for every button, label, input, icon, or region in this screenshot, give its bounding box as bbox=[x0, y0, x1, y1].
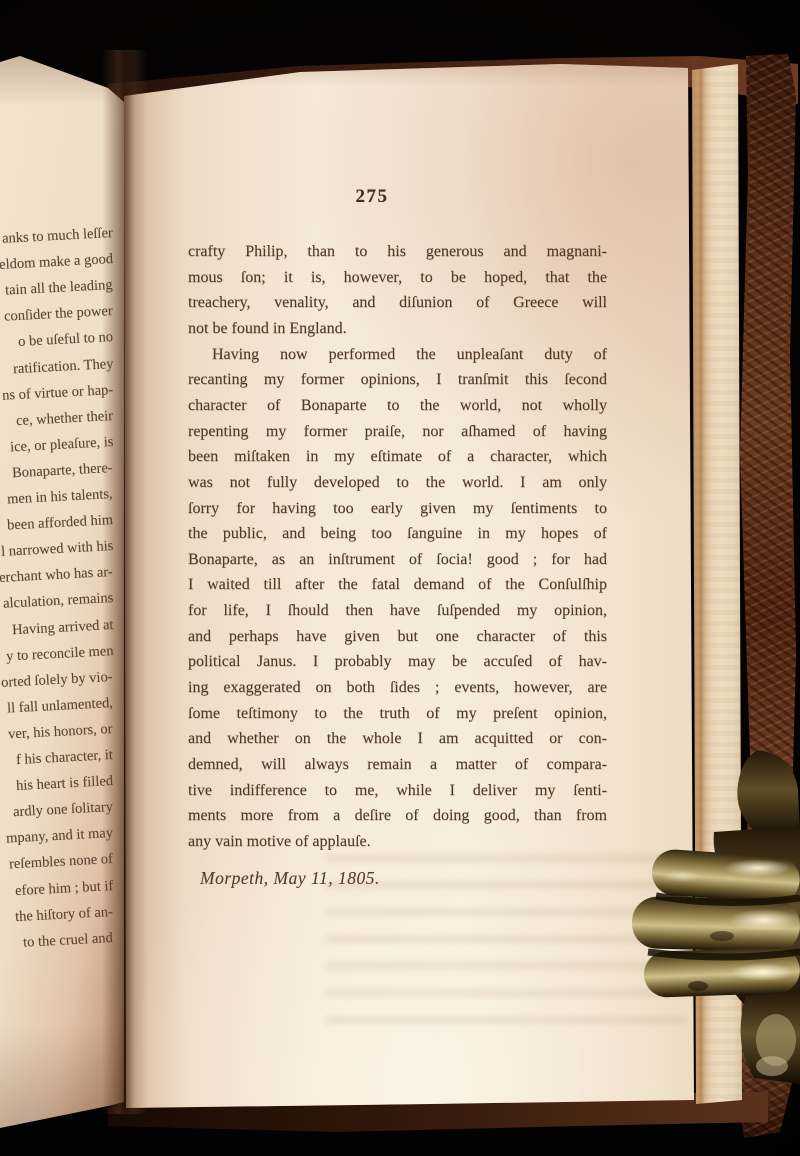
body-text-line: been miſtaken in my eſtimate of a charac… bbox=[188, 445, 607, 469]
body-text-line: mous ſon; it is, however, to be hoped, t… bbox=[188, 266, 607, 290]
left-text-line: ver, his honors, or bbox=[8, 719, 113, 744]
left-text-line: ardly one ſolitary bbox=[13, 797, 114, 822]
body-text-line: the public, and being too ſanguine in my… bbox=[188, 522, 607, 546]
left-text-line: reſembles none of bbox=[9, 849, 114, 874]
left-text-line: efore him ; but if bbox=[14, 876, 113, 901]
left-text-line: l narrowed with his bbox=[0, 536, 113, 562]
book-photo: anks to much leſſerſeldom make a goodtai… bbox=[0, 0, 800, 1156]
left-text-line: men in his talents, bbox=[7, 484, 113, 509]
left-text-line: anks to much leſſer bbox=[2, 223, 114, 249]
right-page: 275 crafty Philip, than to his generous … bbox=[116, 56, 698, 1112]
left-text-line: been afforded him bbox=[7, 510, 114, 536]
left-text-line: tain all the leading bbox=[5, 275, 113, 301]
left-text-line: his heart is filled bbox=[16, 771, 114, 796]
left-text-line: ns of virtue or hap- bbox=[1, 380, 113, 406]
body-text-line: Bonaparte, as an inſtrument of ſocia! go… bbox=[188, 548, 607, 572]
body-text-line: political Janus. I probably may be accuſ… bbox=[188, 650, 607, 674]
brass-clasp bbox=[626, 746, 800, 1086]
body-text-line: tive indifference to me, while I deliver… bbox=[188, 779, 607, 803]
body-text-line: crafty Philip, than to his generous and … bbox=[188, 240, 607, 264]
body-text-line: and whether on the whole I am acquitted … bbox=[188, 727, 607, 751]
body-text-line: ſome teſtimony to the truth of my preſen… bbox=[188, 702, 607, 726]
body-text-line: demned, will always remain a matter of c… bbox=[188, 753, 607, 777]
body-text: crafty Philip, than to his generous and … bbox=[188, 240, 607, 920]
body-text-line: character of Bonaparte to the world, not… bbox=[188, 394, 607, 418]
left-text-line: Bonaparte, there- bbox=[12, 458, 114, 483]
left-text-line: alculation, remains bbox=[2, 588, 113, 614]
body-text-line: recanting my former opinions, I tranſmit… bbox=[188, 368, 607, 392]
left-text-line: f his character, it bbox=[16, 745, 114, 770]
left-text-line: conſider the power bbox=[4, 301, 114, 327]
left-text-line: o be uſeful to no bbox=[18, 327, 114, 352]
left-text-line: to the cruel and bbox=[23, 928, 114, 953]
body-text-line: and perhaps have given but one character… bbox=[188, 625, 607, 649]
page-number: 275 bbox=[312, 186, 432, 208]
left-text-line: ll fall unlamented, bbox=[7, 693, 114, 719]
left-text-line: erchant who has ar- bbox=[0, 562, 114, 588]
body-text-line: ments more from a deſire of doing good, … bbox=[188, 804, 607, 828]
left-text-line: y to reconcile men bbox=[5, 641, 113, 667]
left-text-line: Having arrived at bbox=[11, 615, 113, 640]
body-text-line: for life, I ſhould then have ſuſpended m… bbox=[188, 599, 607, 623]
body-text-line: any vain motive of applauſe. bbox=[188, 830, 607, 854]
left-text-line: orted ſolely by vio- bbox=[1, 667, 113, 693]
left-page: anks to much leſſerſeldom make a goodtai… bbox=[0, 46, 124, 1138]
left-text-line: ice, or pleaſure, is bbox=[9, 432, 113, 457]
left-text-line: ce, whether their bbox=[16, 406, 114, 431]
body-text-line: ing exaggerated on both ſides ; events, … bbox=[188, 676, 607, 700]
left-text-line: the hiſtory of an- bbox=[15, 902, 114, 927]
body-text-line: Having now performed the unpleaſant duty… bbox=[188, 343, 607, 367]
body-text-line: I waited till after the fatal demand of … bbox=[188, 573, 607, 597]
body-text-line: not be found in England. bbox=[188, 317, 607, 341]
left-text-line: mpany, and it may bbox=[6, 823, 114, 849]
left-text-line: ſeldom make a good bbox=[0, 249, 114, 275]
body-text-line: treachery, venality, and diſunion of Gre… bbox=[188, 291, 607, 315]
body-text-line: was not fully developed to the world. I … bbox=[188, 471, 607, 495]
body-text-line: ſorry for having too early given my ſent… bbox=[188, 497, 607, 521]
body-text-line: repenting my former praiſe, nor aſhamed … bbox=[188, 420, 607, 444]
left-text-line: ratification. They bbox=[12, 354, 113, 379]
